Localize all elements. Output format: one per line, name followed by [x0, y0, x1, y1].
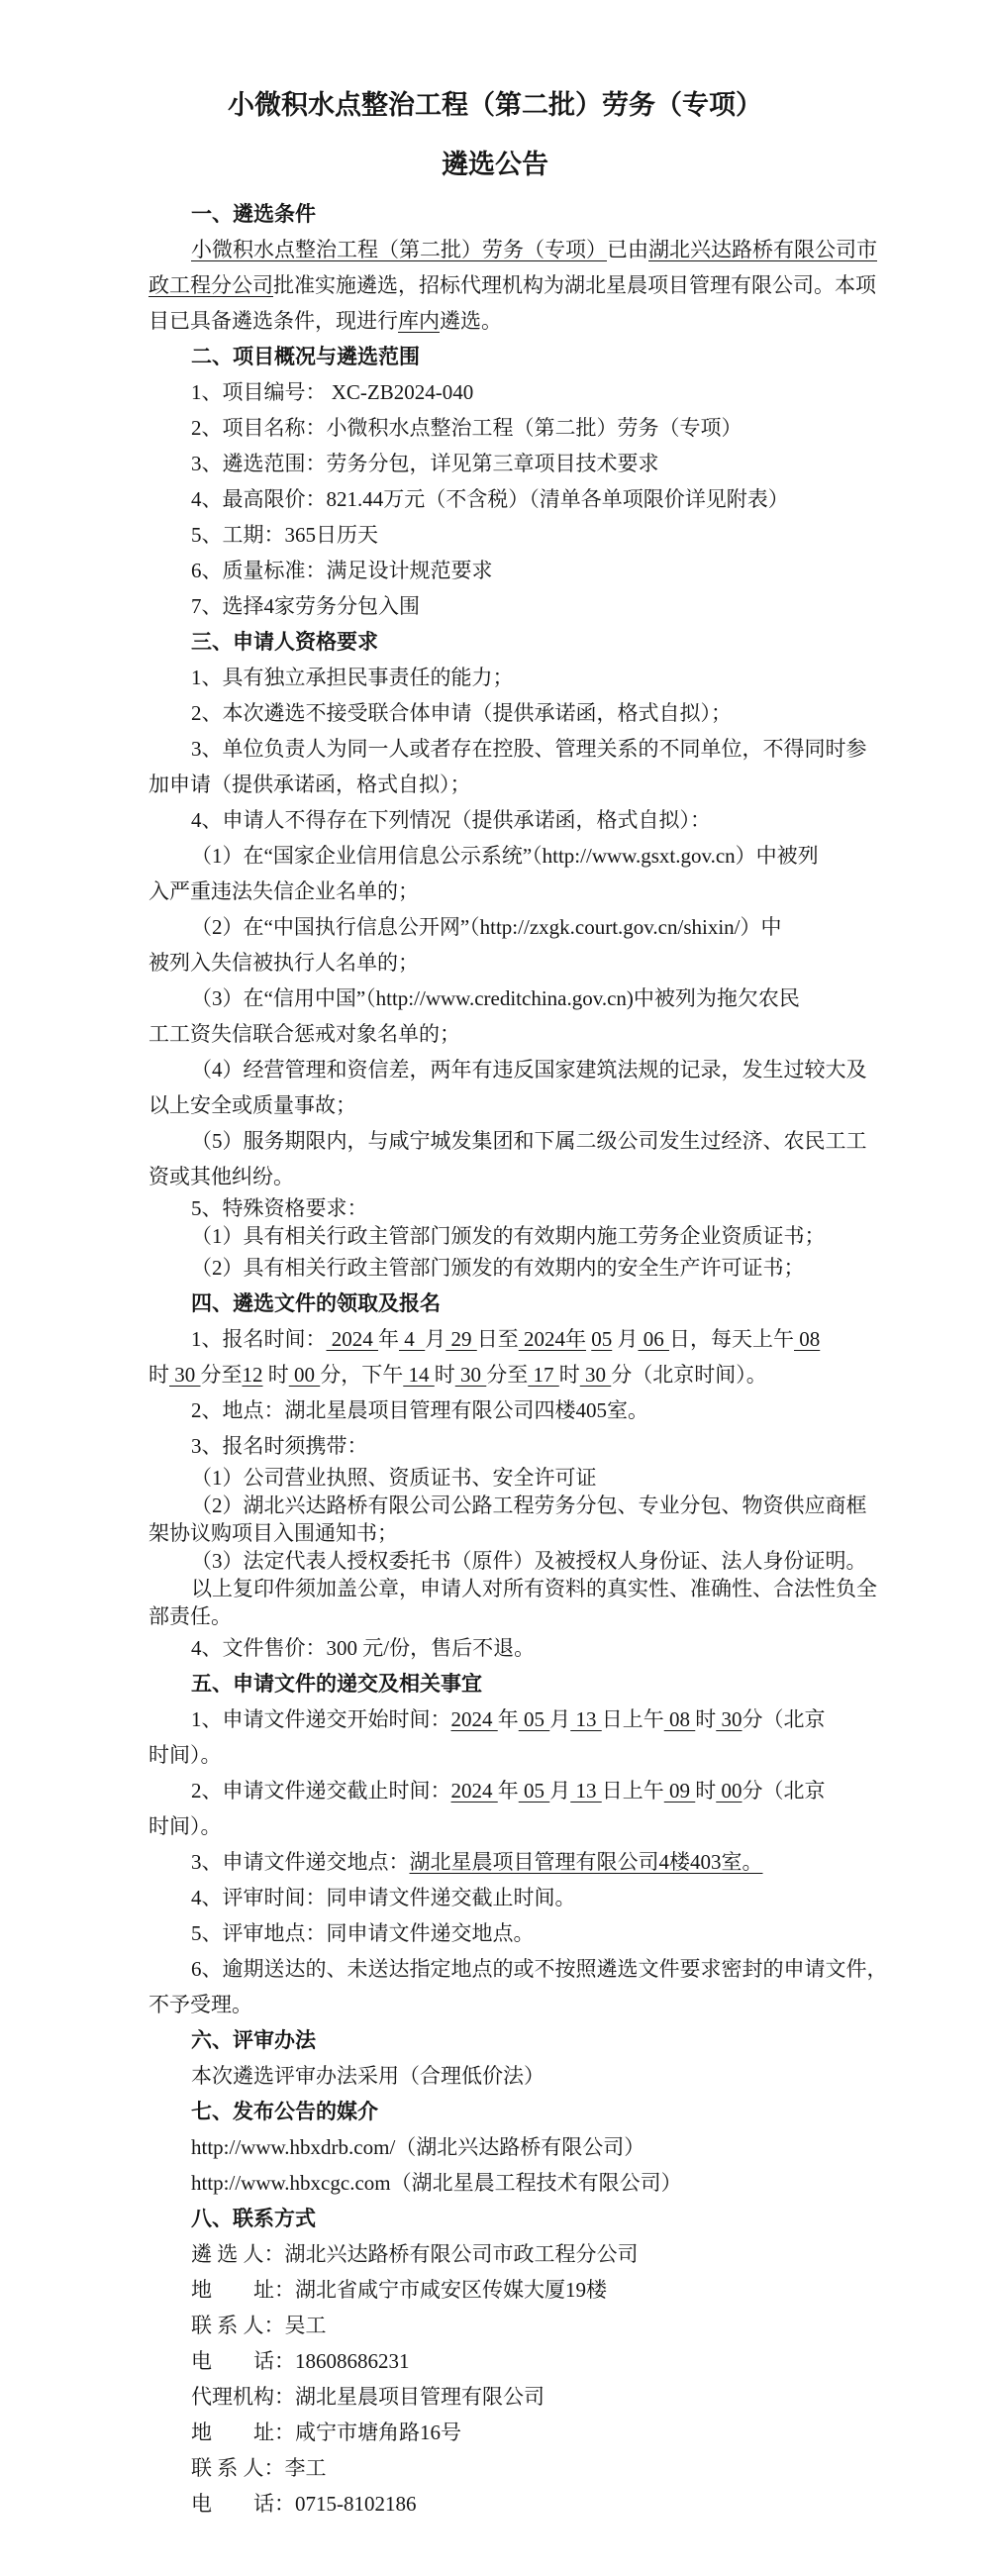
doc-line: 5、评审地点：同申请文件递交地点。 [0, 1915, 990, 1951]
doc-line: 以上安全或质量事故； [0, 1087, 990, 1123]
underlined-text-segment: 湖北兴达路桥有限公司市 [648, 238, 877, 261]
underlined-text-segment: 17 [528, 1363, 559, 1387]
text-segment: （2）具有相关行政主管部门颁发的有效期内的安全生产许可证书； [191, 1256, 805, 1280]
text-segment: http://www.hbxdrb.com/（湖北兴达路桥有限公司） [191, 2135, 644, 2159]
text-segment: 架协议购项目入围通知书； [148, 1521, 398, 1545]
doc-line: 小微积水点整治工程（第二批）劳务（专项）已由湖北兴达路桥有限公司市 [0, 232, 990, 267]
underlined-text-segment: 小微积水点整治工程（第二批）劳务（专项） [191, 238, 607, 261]
text-segment: 地 址：湖北省咸宁市咸安区传媒大厦19楼 [191, 2278, 607, 2302]
doc-line: 3、申请文件递交地点：湖北星晨项目管理有限公司4楼403室。 [0, 1844, 990, 1880]
section-heading: 七、发布公告的媒介 [0, 2094, 990, 2129]
text-segment: 代理机构：湖北星晨项目管理有限公司 [191, 2385, 544, 2409]
underlined-text-segment: 13 [570, 1707, 602, 1731]
text-segment: 时间）。 [148, 1814, 222, 1838]
text-segment: 加申请（提供承诺函，格式自拟）； [148, 773, 471, 796]
text-segment: 本次遴选评审办法采用（合理低价法） [191, 2064, 544, 2088]
text-segment: 6、质量标准：满足设计规范要求 [191, 559, 493, 582]
text-segment: 1、具有独立承担民事责任的能力； [191, 666, 514, 689]
underlined-text-segment: 2024 [327, 1327, 379, 1351]
doc-line: （2）在“中国执行信息公开网”（http://zxgk.court.gov.cn… [0, 909, 990, 945]
underlined-text-segment: 00 [289, 1363, 321, 1387]
text-segment: 时 [148, 1363, 169, 1387]
doc-line: 2、本次遴选不接受联合体申请（提供承诺函，格式自拟）； [0, 695, 990, 731]
text-segment: 资或其他纠纷。 [148, 1165, 294, 1188]
text-segment: 5、工期：365日历天 [191, 523, 378, 547]
text-segment: 电 话：0715-8102186 [191, 2492, 417, 2516]
doc-line: 被列入失信被执行人名单的； [0, 945, 990, 980]
doc-line: 资或其他纠纷。 [0, 1159, 990, 1194]
text-segment: 1、报名时间： [191, 1327, 327, 1351]
text-segment: 八、联系方式 [191, 2207, 316, 2230]
text-segment: 五、申请文件的递交及相关事宜 [191, 1672, 482, 1696]
doc-line: （5）服务期限内，与咸宁城发集团和下属二级公司发生过经济、农民工工 [0, 1123, 990, 1159]
doc-line: 目已具备遴选条件，现进行库内遴选。 [0, 303, 990, 339]
section-heading: 八、联系方式 [0, 2201, 990, 2236]
text-segment: 7、选择4家劳务分包入围 [191, 594, 420, 618]
doc-line: 不予受理。 [0, 1987, 990, 2022]
text-segment: 时 [695, 1779, 716, 1803]
text-segment: 时间）。 [148, 1743, 222, 1767]
doc-line: 5、工期：365日历天 [0, 517, 990, 553]
text-segment: 月 [612, 1327, 638, 1351]
text-segment: 分至 [201, 1363, 243, 1387]
doc-line: （1）具有相关行政主管部门颁发的有效期内施工劳务企业资质证书； [0, 1222, 990, 1250]
doc-line: 入严重违法失信企业名单的； [0, 874, 990, 909]
doc-line: 4、评审时间：同申请文件递交截止时间。 [0, 1880, 990, 1915]
text-segment: 5、评审地点：同申请文件递交地点。 [191, 1921, 535, 1945]
doc-line: 2、申请文件递交截止时间：2024 年 05 月 13 日上午 09 时 00分… [0, 1773, 990, 1808]
text-segment: （4）经营管理和资信差，两年有违反国家建筑法规的记录，发生过较大及 [191, 1058, 867, 1082]
doc-line: 4、文件售价：300 元/份，售后不退。 [0, 1630, 990, 1666]
underlined-text-segment: 09 [664, 1779, 696, 1803]
text-segment: 月 [549, 1779, 570, 1803]
text-segment: 分，下午 [320, 1363, 403, 1387]
text-segment: 不予受理。 [148, 1993, 252, 2016]
text-segment: 时 [559, 1363, 580, 1387]
doc-line: （3）在“信用中国”（http://www.creditchina.gov.cn… [0, 980, 990, 1016]
underlined-text-segment: 30 [169, 1363, 201, 1387]
text-segment: 入严重违法失信企业名单的； [148, 879, 419, 903]
text-segment: 4、文件售价：300 元/份，售后不退。 [191, 1636, 535, 1660]
underlined-text-segment: 05 [519, 1707, 550, 1731]
doc-line: 电 话：18608686231 [0, 2343, 990, 2379]
text-segment: 以上复印件须加盖公章，申请人对所有资料的真实性、准确性、合法性负全 [191, 1577, 877, 1600]
text-segment: 七、发布公告的媒介 [191, 2100, 378, 2123]
text-segment: （3）法定代表人授权委托书（原件）及被授权人身份证、法人身份证明。 [191, 1549, 867, 1573]
text-segment: 年 [498, 1779, 519, 1803]
doc-line: 本次遴选评审办法采用（合理低价法） [0, 2058, 990, 2094]
doc-line: 地 址：湖北省咸宁市咸安区传媒大厦19楼 [0, 2272, 990, 2308]
text-segment: 工工资失信联合惩戒对象名单的； [148, 1022, 460, 1046]
section-heading: 四、遴选文件的领取及报名 [0, 1286, 990, 1321]
doc-line: http://www.hbxdrb.com/（湖北兴达路桥有限公司） [0, 2129, 990, 2165]
text-segment: 3、申请文件递交地点： [191, 1850, 410, 1874]
text-segment: 已由 [607, 238, 648, 261]
text-segment: 以上安全或质量事故； [148, 1093, 356, 1117]
text-segment: 部责任。 [148, 1604, 232, 1628]
text-segment: 4、申请人不得存在下列情况（提供承诺函，格式自拟）： [191, 808, 711, 832]
doc-line: （3）法定代表人授权委托书（原件）及被授权人身份证、法人身份证明。 [0, 1547, 990, 1575]
doc-line: 地 址：咸宁市塘角路16号 [0, 2415, 990, 2450]
document-title: 小微积水点整治工程（第二批）劳务（专项） [0, 85, 990, 125]
doc-line: 电 话：0715-8102186 [0, 2486, 990, 2522]
doc-line: 2、项目名称：小微积水点整治工程（第二批）劳务（专项） [0, 410, 990, 446]
underlined-text-segment: 06 [639, 1327, 670, 1351]
doc-line: 5、特殊资格要求： [0, 1194, 990, 1222]
underlined-text-segment: 08 [664, 1707, 696, 1731]
text-segment: 日上午 [602, 1779, 664, 1803]
text-segment: 一、遴选条件 [191, 202, 316, 226]
text-segment: 月 [549, 1707, 570, 1731]
section-heading: 一、遴选条件 [0, 196, 990, 232]
text-segment: 年 [498, 1707, 519, 1731]
text-segment: 日，每天上午 [669, 1327, 794, 1351]
doc-line: （1）公司营业执照、资质证书、安全许可证 [0, 1464, 990, 1492]
underlined-text-segment: 14 [403, 1363, 435, 1387]
doc-line: http://www.hbxcgc.com（湖北星晨工程技术有限公司） [0, 2165, 990, 2201]
doc-line: 4、申请人不得存在下列情况（提供承诺函，格式自拟）： [0, 802, 990, 838]
text-segment: （1）在“国家企业信用信息公示系统”（http://www.gsxt.gov.c… [191, 844, 819, 868]
doc-line: 6、质量标准：满足设计规范要求 [0, 553, 990, 588]
text-segment: 分（北京 [742, 1779, 826, 1803]
underlined-text-segment: 库内 [398, 309, 440, 333]
text-segment: （1）公司营业执照、资质证书、安全许可证 [191, 1466, 597, 1490]
section-heading: 五、申请文件的递交及相关事宜 [0, 1666, 990, 1701]
section-heading: 二、项目概况与遴选范围 [0, 339, 990, 374]
text-segment: 3、单位负责人为同一人或者存在控股、管理关系的不同单位，不得同时参 [191, 737, 867, 761]
doc-line: 1、项目编号： XC-ZB2024-040 [0, 374, 990, 410]
section-heading: 六、评审办法 [0, 2022, 990, 2058]
title-block: 小微积水点整治工程（第二批）劳务（专项） 遴选公告 [0, 0, 990, 184]
text-segment: 六、评审办法 [191, 2028, 316, 2052]
doc-line: 6、逾期送达的、未送达指定地点的或不按照遴选文件要求密封的申请文件， [0, 1951, 990, 1987]
section-heading: 三、申请人资格要求 [0, 624, 990, 660]
text-segment: 5、特殊资格要求： [191, 1196, 368, 1220]
underlined-text-segment: 政工程分公司 [148, 273, 273, 297]
doc-line: 4、最高限价：821.44万元（不含税）（清单各单项限价详见附表） [0, 481, 990, 517]
text-segment: 时 [695, 1707, 716, 1731]
underlined-text-segment: 30 [716, 1707, 742, 1731]
underlined-text-segment: 29 [445, 1327, 477, 1351]
underlined-text-segment: 05 [591, 1327, 612, 1351]
text-segment: 1、申请文件递交开始时间： [191, 1707, 451, 1731]
underlined-text-segment: 30 [455, 1363, 487, 1387]
underlined-text-segment: 13 [570, 1779, 602, 1803]
text-segment: （3）在“信用中国”（http://www.creditchina.gov.cn… [191, 986, 800, 1010]
text-segment: （1）具有相关行政主管部门颁发的有效期内施工劳务企业资质证书； [191, 1224, 826, 1248]
text-segment: 1、项目编号： XC-ZB2024-040 [191, 380, 473, 404]
text-segment: （5）服务期限内，与咸宁城发集团和下属二级公司发生过经济、农民工工 [191, 1129, 867, 1153]
doc-line: 时间）。 [0, 1737, 990, 1773]
doc-line: 加申请（提供承诺函，格式自拟）； [0, 767, 990, 802]
text-segment: 分（北京 [742, 1707, 826, 1731]
text-segment: 目已具备遴选条件，现进行 [148, 309, 398, 333]
text-segment: 被列入失信被执行人名单的； [148, 951, 419, 975]
underlined-text-segment: 湖北星晨项目管理有限公司4楼403室。 [410, 1850, 763, 1874]
text-segment: 2、本次遴选不接受联合体申请（提供承诺函，格式自拟）； [191, 701, 732, 725]
text-segment: 地 址：咸宁市塘角路16号 [191, 2421, 461, 2444]
text-segment: 二、项目概况与遴选范围 [191, 345, 420, 368]
text-segment: （2）在“中国执行信息公开网”（http://zxgk.court.gov.cn… [191, 915, 782, 939]
doc-line: 政工程分公司批准实施遴选，招标代理机构为湖北星晨项目管理有限公司。本项 [0, 267, 990, 303]
text-segment: 日上午 [602, 1707, 664, 1731]
underlined-text-segment: 00 [716, 1779, 742, 1803]
text-segment: 年 [378, 1327, 399, 1351]
text-segment: 2、地点：湖北星晨项目管理有限公司四楼405室。 [191, 1398, 648, 1422]
document-body: 一、遴选条件小微积水点整治工程（第二批）劳务（专项）已由湖北兴达路桥有限公司市政… [0, 184, 990, 2522]
text-segment: 3、报名时须携带： [191, 1434, 368, 1458]
doc-line: 遴 选 人：湖北兴达路桥有限公司市政工程分公司 [0, 2236, 990, 2272]
text-segment: 2、项目名称：小微积水点整治工程（第二批）劳务（专项） [191, 416, 742, 440]
doc-line: 联 系 人：李工 [0, 2450, 990, 2486]
text-segment: 分（北京时间）。 [611, 1363, 767, 1387]
doc-line: 7、选择4家劳务分包入围 [0, 588, 990, 624]
document-page: 小微积水点整治工程（第二批）劳务（专项） 遴选公告 一、遴选条件小微积水点整治工… [0, 0, 990, 2576]
text-segment: 4、最高限价：821.44万元（不含税）（清单各单项限价详见附表） [191, 487, 789, 511]
underlined-text-segment: 2024 [451, 1779, 498, 1803]
underlined-text-segment: 08 [794, 1327, 820, 1351]
doc-line: 架协议购项目入围通知书； [0, 1519, 990, 1547]
doc-line: 以上复印件须加盖公章，申请人对所有资料的真实性、准确性、合法性负全 [0, 1575, 990, 1602]
doc-line: 3、单位负责人为同一人或者存在控股、管理关系的不同单位，不得同时参 [0, 731, 990, 767]
text-segment: 遴 选 人：湖北兴达路桥有限公司市政工程分公司 [191, 2242, 639, 2266]
text-segment: 4、评审时间：同申请文件递交截止时间。 [191, 1886, 576, 1909]
text-segment: 四、遴选文件的领取及报名 [191, 1291, 441, 1315]
doc-line: 时 30 分至12 时 00 分，下午 14 时 30 分至 17 时 30 分… [0, 1357, 990, 1392]
text-segment: 遴选。 [440, 309, 502, 333]
doc-line: 1、申请文件递交开始时间：2024 年 05 月 13 日上午 08 时 30分… [0, 1701, 990, 1737]
underlined-text-segment: 4 [399, 1327, 425, 1351]
document-subtitle: 遴选公告 [0, 145, 990, 184]
text-segment: 时 [263, 1363, 289, 1387]
text-segment: （2）湖北兴达路桥有限公司公路工程劳务分包、专业分包、物资供应商框 [191, 1494, 867, 1517]
text-segment: 分至 [486, 1363, 528, 1387]
text-segment: 联 系 人：吴工 [191, 2314, 327, 2337]
doc-line: 代理机构：湖北星晨项目管理有限公司 [0, 2379, 990, 2415]
text-segment: 时 [435, 1363, 455, 1387]
text-segment: 6、逾期送达的、未送达指定地点的或不按照遴选文件要求密封的申请文件， [191, 1957, 888, 1981]
doc-line: 2、地点：湖北星晨项目管理有限公司四楼405室。 [0, 1392, 990, 1428]
doc-line: 1、报名时间： 2024 年 4 月 29 日至 2024年 05 月 06 日… [0, 1321, 990, 1357]
underlined-text-segment: 30 [580, 1363, 612, 1387]
doc-line: （2）湖北兴达路桥有限公司公路工程劳务分包、专业分包、物资供应商框 [0, 1492, 990, 1519]
text-segment: 3、遴选范围：劳务分包，详见第三章项目技术要求 [191, 452, 659, 475]
text-segment: 三、申请人资格要求 [191, 630, 378, 654]
text-segment: 电 话：18608686231 [191, 2349, 410, 2373]
underlined-text-segment: 2024年 [519, 1327, 586, 1351]
doc-line: （1）在“国家企业信用信息公示系统”（http://www.gsxt.gov.c… [0, 838, 990, 874]
doc-line: 联 系 人：吴工 [0, 2308, 990, 2343]
text-segment: 日至 [477, 1327, 519, 1351]
doc-line: （4）经营管理和资信差，两年有违反国家建筑法规的记录，发生过较大及 [0, 1052, 990, 1087]
text-segment: 批准实施遴选，招标代理机构为湖北星晨项目管理有限公司。本项 [273, 273, 876, 297]
text-segment: http://www.hbxcgc.com（湖北星晨工程技术有限公司） [191, 2171, 682, 2195]
text-segment: 2、申请文件递交截止时间： [191, 1779, 451, 1803]
doc-line: 1、具有独立承担民事责任的能力； [0, 660, 990, 695]
underlined-text-segment: 05 [519, 1779, 550, 1803]
doc-line: 工工资失信联合惩戒对象名单的； [0, 1016, 990, 1052]
doc-line: 3、报名时须携带： [0, 1428, 990, 1464]
underlined-text-segment: 2024 [451, 1707, 498, 1731]
doc-line: （2）具有相关行政主管部门颁发的有效期内的安全生产许可证书； [0, 1250, 990, 1286]
doc-line: 时间）。 [0, 1808, 990, 1844]
doc-line: 3、遴选范围：劳务分包，详见第三章项目技术要求 [0, 446, 990, 481]
text-segment: 联 系 人：李工 [191, 2456, 327, 2480]
underlined-text-segment: 12 [243, 1363, 263, 1387]
text-segment: 月 [425, 1327, 445, 1351]
doc-line: 部责任。 [0, 1602, 990, 1630]
